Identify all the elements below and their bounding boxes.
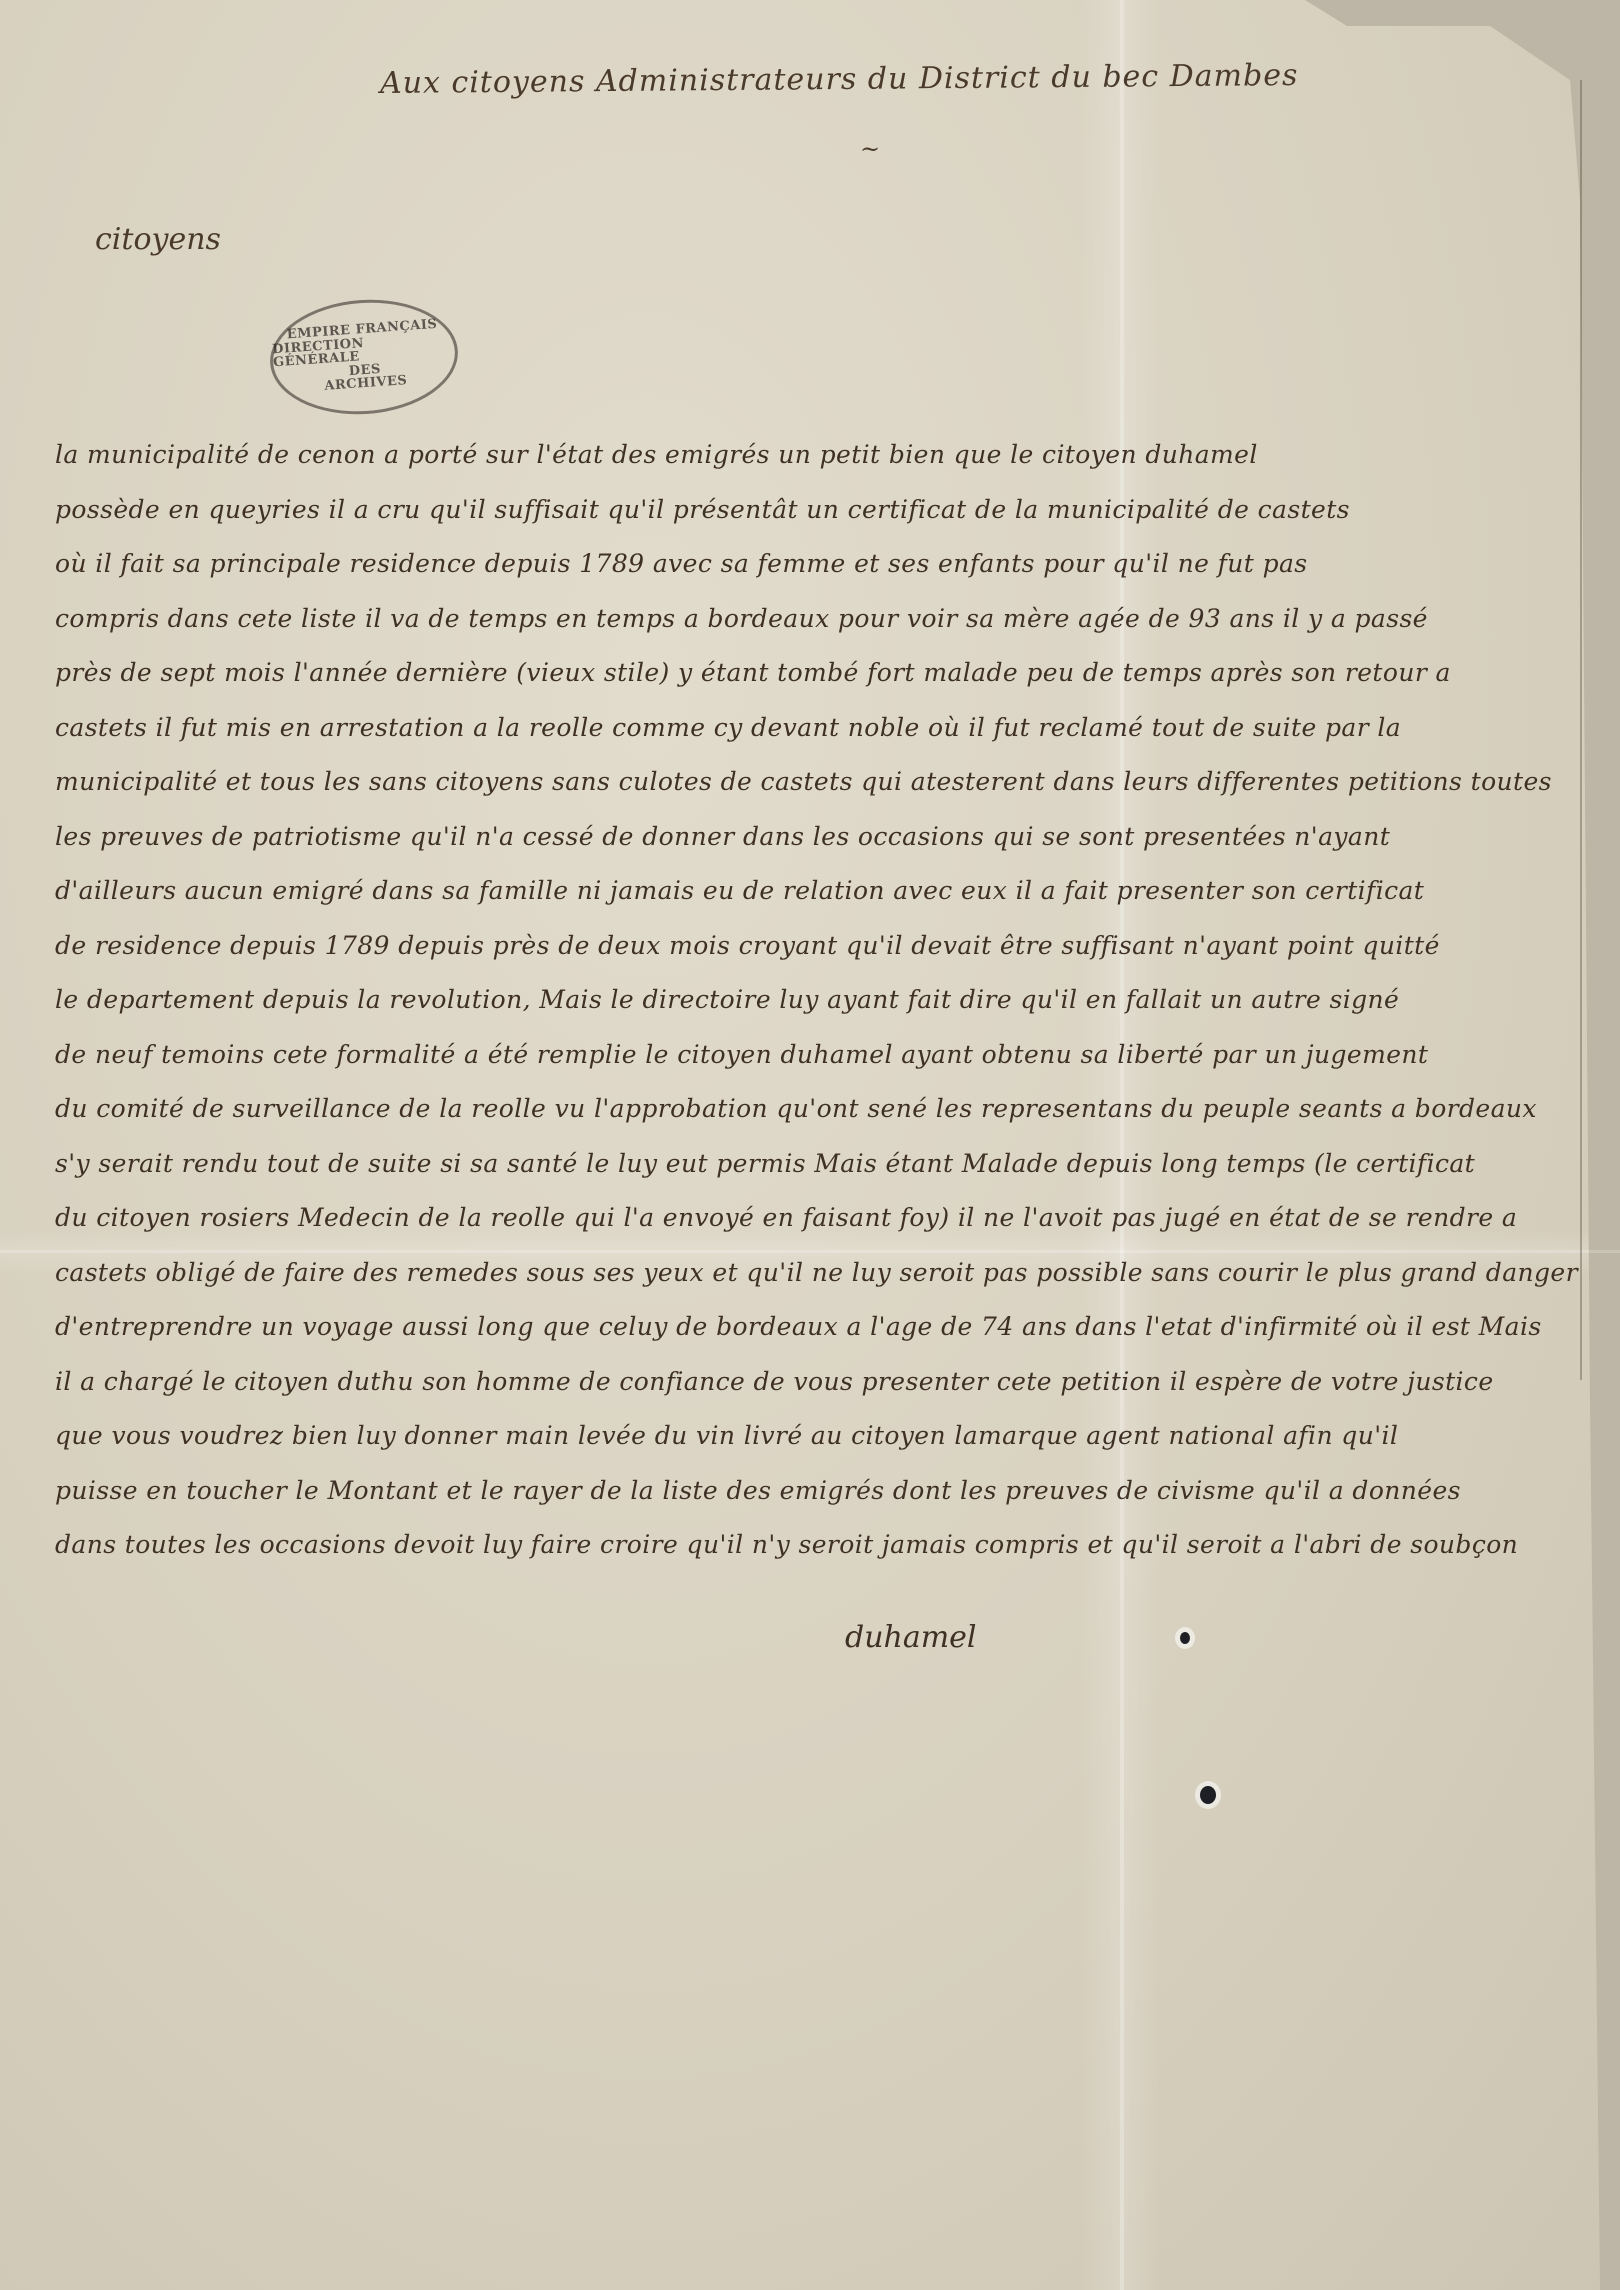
body-line: le departement depuis la revolution, Mai…: [55, 973, 1595, 1028]
body-line: où il fait sa principale residence depui…: [55, 537, 1595, 592]
body-line: du citoyen rosiers Medecin de la reolle …: [55, 1191, 1595, 1246]
body-line: il a chargé le citoyen duthu son homme d…: [55, 1355, 1595, 1410]
body-line: la municipalité de cenon a porté sur l'é…: [55, 428, 1595, 483]
body-line: que vous voudrez bien luy donner main le…: [55, 1409, 1595, 1464]
stamp-line: ARCHIVES: [324, 375, 408, 394]
body-line: possède en queyries il a cru qu'il suffi…: [55, 483, 1595, 538]
heading-flourish: ~: [860, 135, 880, 163]
letter-body: la municipalité de cenon a porté sur l'é…: [55, 428, 1595, 1573]
body-line: dans toutes les occasions devoit luy fai…: [55, 1518, 1595, 1573]
body-line: compris dans cete liste il va de temps e…: [55, 592, 1595, 647]
body-line: s'y serait rendu tout de suite si sa san…: [55, 1137, 1595, 1192]
paper-hole: [1180, 1632, 1190, 1644]
body-line: d'entreprendre un voyage aussi long que …: [55, 1300, 1595, 1355]
signature: duhamel: [845, 1620, 977, 1655]
body-line: du comité de surveillance de la reolle v…: [55, 1082, 1595, 1137]
body-line: castets il fut mis en arrestation a la r…: [55, 701, 1595, 756]
body-line: municipalité et tous les sans citoyens s…: [55, 755, 1595, 810]
body-line: d'ailleurs aucun emigré dans sa famille …: [55, 864, 1595, 919]
paper-hole: [1200, 1786, 1216, 1804]
salutation: citoyens: [95, 222, 221, 257]
body-line: castets obligé de faire des remedes sous…: [55, 1246, 1595, 1301]
body-line: puisse en toucher le Montant et le rayer…: [55, 1464, 1595, 1519]
body-line: de residence depuis 1789 depuis près de …: [55, 919, 1595, 974]
body-line: de neuf temoins cete formalité a été rem…: [55, 1028, 1595, 1083]
body-line: les preuves de patriotisme qu'il n'a ces…: [55, 810, 1595, 865]
body-line: près de sept mois l'année dernière (vieu…: [55, 646, 1595, 701]
